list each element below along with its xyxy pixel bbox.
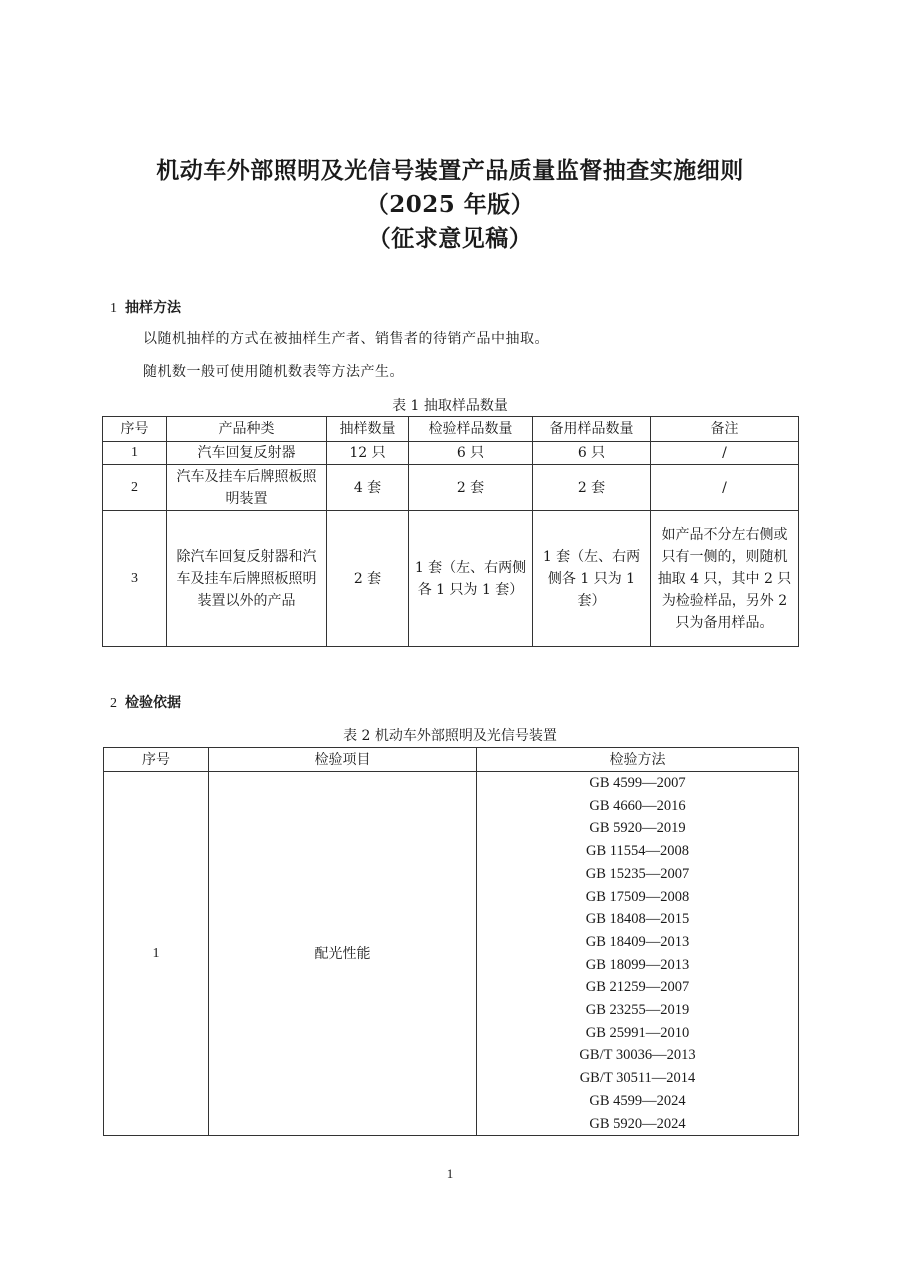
- method-standard: GB 18099—2013: [477, 954, 798, 977]
- table-row: 1 汽车回复反射器 12 只 6 只 6 只 /: [103, 442, 799, 465]
- product-type: 汽车回复反射器: [167, 442, 327, 465]
- sample-quantity: 12 只: [327, 442, 409, 465]
- method-standard: GB 18408—2015: [477, 908, 798, 931]
- method-standard: GB 21259—2007: [477, 976, 798, 999]
- backup-sample-quantity: 6 只: [533, 442, 651, 465]
- method-standard: GB 5920—2024: [477, 1113, 798, 1136]
- backup-sample-quantity: 1 套（左、右两侧各 1 只为 1 套）: [533, 511, 651, 647]
- table-2-caption: 表 2 机动车外部照明及光信号装置: [0, 725, 900, 745]
- method-standard: GB 25991—2010: [477, 1022, 798, 1045]
- header-cell: 检验方法: [477, 748, 799, 772]
- table-1-caption: 表 1 抽取样品数量: [0, 395, 900, 415]
- document-draft-status: （征求意见稿）: [0, 220, 900, 253]
- inspection-item: 配光性能: [209, 772, 477, 1136]
- table-row: 1 配光性能 GB 4599—2007 GB 4660—2016 GB 5920…: [104, 772, 799, 1136]
- document-edition: （2025 年版）: [0, 186, 900, 219]
- document-title: 机动车外部照明及光信号装置产品质量监督抽查实施细则: [0, 152, 900, 185]
- method-standard: GB/T 30036—2013: [477, 1044, 798, 1067]
- method-standard: GB 18409—2013: [477, 931, 798, 954]
- test-sample-quantity: 1 套（左、右两侧各 1 只为 1 套）: [409, 511, 533, 647]
- header-cell: 备注: [651, 417, 799, 442]
- method-standard: GB 11554—2008: [477, 840, 798, 863]
- header-cell: 检验样品数量: [409, 417, 533, 442]
- method-standard: GB 15235—2007: [477, 863, 798, 886]
- row-number: 1: [103, 442, 167, 465]
- method-standard: GB/T 30511—2014: [477, 1067, 798, 1090]
- header-cell: 抽样数量: [327, 417, 409, 442]
- method-standard: GB 4599—2007: [477, 772, 798, 795]
- section-number: 2: [110, 696, 117, 711]
- section-title: 抽样方法: [125, 300, 181, 316]
- page-number: 1: [0, 1166, 900, 1182]
- method-standard: GB 4660—2016: [477, 795, 798, 818]
- table-row: 3 除汽车回复反射器和汽车及挂车后牌照板照明装置以外的产品 2 套 1 套（左、…: [103, 511, 799, 647]
- inspection-methods: GB 4599—2007 GB 4660—2016 GB 5920—2019 G…: [477, 772, 799, 1136]
- header-cell: 检验项目: [209, 748, 477, 772]
- section-2-heading: 2检验依据: [110, 692, 181, 712]
- product-type: 汽车及挂车后牌照板照明装置: [167, 465, 327, 511]
- note: /: [651, 465, 799, 511]
- sample-quantity-table: 序号 产品种类 抽样数量 检验样品数量 备用样品数量 备注 1 汽车回复反射器 …: [102, 416, 799, 647]
- paragraph: 随机数一般可使用随机数表等方法产生。: [143, 361, 404, 381]
- paragraph: 以随机抽样的方式在被抽样生产者、销售者的待销产品中抽取。: [143, 328, 549, 348]
- header-cell: 备用样品数量: [533, 417, 651, 442]
- note: 如产品不分左右侧或只有一侧的，则随机抽取 4 只，其中 2 只为检验样品，另外 …: [651, 511, 799, 647]
- header-cell: 序号: [104, 748, 209, 772]
- method-standard: GB 5920—2019: [477, 817, 798, 840]
- method-standard: GB 23255—2019: [477, 999, 798, 1022]
- section-1-heading: 1抽样方法: [110, 297, 181, 317]
- test-sample-quantity: 2 套: [409, 465, 533, 511]
- table-header-row: 序号 产品种类 抽样数量 检验样品数量 备用样品数量 备注: [103, 417, 799, 442]
- section-title: 检验依据: [125, 695, 181, 711]
- header-cell: 序号: [103, 417, 167, 442]
- test-sample-quantity: 6 只: [409, 442, 533, 465]
- header-cell: 产品种类: [167, 417, 327, 442]
- sample-quantity: 2 套: [327, 511, 409, 647]
- product-type: 除汽车回复反射器和汽车及挂车后牌照板照明装置以外的产品: [167, 511, 327, 647]
- row-number: 1: [104, 772, 209, 1136]
- row-number: 3: [103, 511, 167, 647]
- section-number: 1: [110, 301, 117, 316]
- inspection-basis-table: 序号 检验项目 检验方法 1 配光性能 GB 4599—2007 GB 4660…: [103, 747, 799, 1136]
- table-row: 2 汽车及挂车后牌照板照明装置 4 套 2 套 2 套 /: [103, 465, 799, 511]
- method-standard: GB 4599—2024: [477, 1090, 798, 1113]
- sample-quantity: 4 套: [327, 465, 409, 511]
- table-header-row: 序号 检验项目 检验方法: [104, 748, 799, 772]
- method-standard: GB 17509—2008: [477, 886, 798, 909]
- row-number: 2: [103, 465, 167, 511]
- backup-sample-quantity: 2 套: [533, 465, 651, 511]
- note: /: [651, 442, 799, 465]
